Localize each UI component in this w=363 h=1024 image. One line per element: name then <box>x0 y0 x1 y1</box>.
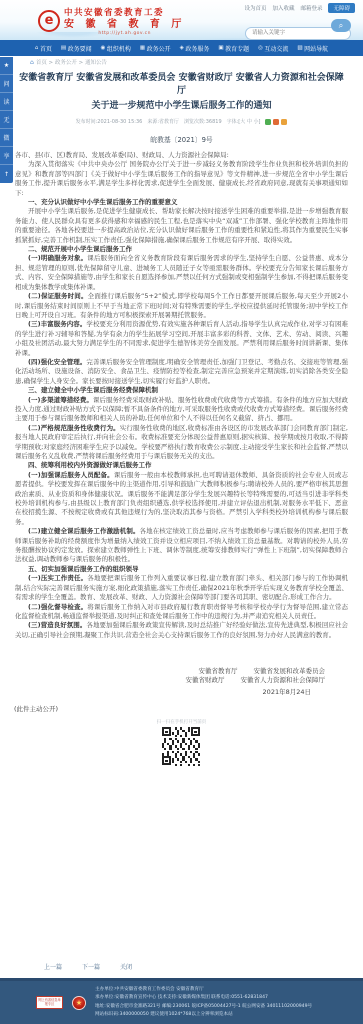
paragraph-text: 各市、县(市、区)教育局、发展改革委(局)、财政局、人力资源社会保障局: <box>15 151 229 159</box>
nav-item-label: 网站导航 <box>304 44 328 53</box>
doc-paragraph: 各市、县(市、区)教育局、发展改革委(局)、财政局、人力资源社会保障局: <box>15 151 348 160</box>
toolbar-item-icon[interactable]: 享 <box>0 147 13 165</box>
paragraph-lead: (三)丰富服务内容。 <box>28 320 86 328</box>
nav-item[interactable]: ◎ 互动交流 <box>258 44 288 53</box>
utility-link[interactable]: 设为首页 <box>244 4 266 12</box>
nav-item[interactable]: ◈ 政务服务 <box>180 44 210 53</box>
footer-line: 承办单位:安徽省教育宣传中心 技术支持:安徽新媒体集团 联系电话:0551-62… <box>95 994 312 1002</box>
nav-item[interactable]: ◉ 组织机构 <box>101 44 131 53</box>
signature-row: 安徽省教育厅 安徽省发展和改革委员会 <box>14 666 349 675</box>
paragraph-lead: (一)明确服务对象。 <box>28 254 87 262</box>
qr-section: 扫一扫在手机打开当前页 <box>14 719 349 767</box>
document-number: 皖教基〔2021〕9号 <box>14 134 349 144</box>
paragraph-text: 四、统筹利用校内外资源做好课后服务工作 <box>28 461 152 469</box>
doc-paragraph: (一)多渠道筹措经费。课后服务经费采取财政补贴、服务性收费或代收费等方式筹措。有… <box>15 396 348 424</box>
toolbar-item-icon[interactable]: 问 <box>0 75 13 93</box>
paragraph-text: 课后服务一般由本校教师承担,也可聘请退休教师、具备资质的社会专业人员或志愿者提供… <box>15 471 348 526</box>
paragraph-text: 为深入贯彻落实《中共中央办公厅 国务院办公厅关于进一步减轻义务教育阶段学生作业负… <box>15 160 348 196</box>
nav-item-icon: ◈ <box>180 45 184 51</box>
paragraph-lead: (二)严格规范服务性收费行为。 <box>28 424 120 432</box>
doc-paragraph: (四)强化安全管理。完善课后服务安全管理制度,明确安全管理责任,加强门卫登记、考… <box>15 358 348 386</box>
breadcrumb[interactable]: ⌂ 首页 > 政务公开 > 通知公告 <box>30 58 349 66</box>
signature-org: 安徽省发展和改革委员会 <box>254 666 326 675</box>
prev-next-link[interactable]: 上一篇 <box>44 962 62 971</box>
qr-code <box>162 727 202 767</box>
doc-paragraph: (一)加强课后服务人员配备。课后服务一般由本校教师承担,也可聘请退休教师、具备资… <box>15 471 348 527</box>
toolbar-item-icon[interactable]: 微 <box>0 129 13 147</box>
nav-item-icon: ▤ <box>61 45 66 51</box>
paragraph-text: 一、充分认识做好中小学生课后服务工作的重要意义 <box>28 198 178 206</box>
article-title-line1: 安徽省教育厅 安徽省发展和改革委员会 安徽省财政厅 安徽省人力资源和社会保障厅 <box>18 72 345 98</box>
search-icon[interactable]: ⌕ <box>331 19 351 32</box>
footer-info: 主办单位:中共安徽省委教育工作委员会 安徽省教育厅承办单位:安徽省教育宣传中心 … <box>95 986 312 1019</box>
nav-item-label: 政务要闻 <box>68 44 92 53</box>
paragraph-lead: (四)强化安全管理。 <box>28 358 86 366</box>
nav-item-label: 组织机构 <box>107 44 131 53</box>
nav-item[interactable]: ▤ 政务要闻 <box>61 44 92 53</box>
doc-paragraph: (一)压实工作责任。各地要把课后服务工作列入重要议事日程,建立教育部门牵头、相关… <box>15 574 348 602</box>
doc-paragraph: (二)强化督导检查。将课后服务工作纳入对市县政府履行教育职责督导考核和学校办学行… <box>15 603 348 622</box>
search-box: ⌕ <box>245 19 351 32</box>
meta-part: 来源:省教育厅 <box>147 118 179 125</box>
nav-item[interactable]: ▧ 网站导航 <box>297 44 328 53</box>
share-icon[interactable] <box>281 119 287 125</box>
utility-bar: 设为首页加入收藏邮箱登录 无障碍 <box>244 3 355 13</box>
paragraph-lead: (一)加强课后服务人员配备。 <box>28 471 114 479</box>
nav-item-icon: ⌂ <box>35 45 39 51</box>
toolbar-item-icon[interactable]: 读 <box>0 93 13 111</box>
doc-paragraph: (二)保证服务时间。全面推行课后服务“5+2”模式,即学校每周5个工作日都要开展… <box>15 292 348 320</box>
doc-paragraph: (二)严格规范服务性收费行为。实行服务性收费的地区,收费标准由各设区的市发展改革… <box>15 424 348 462</box>
accessibility-button[interactable]: 无障碍 <box>328 3 355 13</box>
paragraph-text: 三、建立健全中小学生课后服务经费保障机制 <box>28 386 158 394</box>
logo-emblem-icon: e <box>38 10 60 32</box>
signature-org: 安徽省教育厅 <box>199 666 238 675</box>
doc-paragraph: (二)建立健全课后服务工作激励机制。各地在核定绩效工资总量时,应当考虑教师参与课… <box>15 527 348 565</box>
paragraph-lead: (一)多渠道筹措经费。 <box>28 396 93 404</box>
doc-paragraph: 五、切实加强课后服务工作的组织领导 <box>15 565 348 574</box>
doc-paragraph: 开展中小学生课后服务,是促进学生健康成长、帮助家长解决按时接送学生困难的重要举措… <box>15 207 348 245</box>
paragraph-text: 五、切实加强课后服务工作的组织领导 <box>28 565 139 573</box>
article-container: ⌂ 首页 > 政务公开 > 通知公告 安徽省教育厅 安徽省发展和改革委员会 安徽… <box>14 56 349 767</box>
nav-item-label: 首页 <box>40 44 52 53</box>
paragraph-lead: (二)强化督导检查。 <box>28 603 87 611</box>
paragraph-lead: (二)保证服务时间。 <box>28 292 88 300</box>
share-icon[interactable] <box>273 119 279 125</box>
article-title-line2: 关于进一步规范中小学生课后服务工作的通知 <box>18 100 345 113</box>
logo-line2: 安 徽 省 教 育 厅 <box>64 19 185 31</box>
logo-line1: 中共安徽省委教育工委 <box>64 8 185 19</box>
meta-part: 字体:[大 中 小] <box>227 118 261 125</box>
toolbar-item-icon[interactable]: ↑ <box>0 165 13 183</box>
signature-block: 安徽省教育厅 安徽省发展和改革委员会 安徽省财政厅 安徽省人力资源和社会保障厅 <box>14 666 349 684</box>
nav-item-label: 政务公开 <box>147 44 171 53</box>
nav-item-icon: ◎ <box>258 45 263 51</box>
nav-item-label: 互动交流 <box>264 44 288 53</box>
main-nav: ⌂ 首页 ▤ 政务要闻 ◉ 组织机构 ▦ 政务公开 ◈ 政务服务 ▣ 教育专题 … <box>0 40 363 56</box>
footer-line: 地址:安徽省合肥市金寨路321号 邮编:230061 皖ICP备05004427… <box>95 1003 312 1011</box>
toolbar-item-icon[interactable]: ★ <box>0 57 13 75</box>
gov-emblem-badge[interactable]: ★ <box>72 996 86 1010</box>
logo-url: http://jyt.ah.gov.cn <box>64 31 185 36</box>
nav-item-icon: ▧ <box>297 45 302 51</box>
footer-line: 主办单位:中共安徽省委教育工作委员会 安徽省教育厅 <box>95 986 312 994</box>
doc-paragraph: 为深入贯彻落实《中共中央办公厅 国务院办公厅关于进一步减轻义务教育阶段学生作业负… <box>15 160 348 198</box>
prev-next-link[interactable]: 下一篇 <box>82 962 100 971</box>
nav-item-icon: ◉ <box>101 45 106 51</box>
footer-line: 网站标识码:3400000050 建议使用1024*768以上分辨率浏览本站 <box>95 1011 312 1019</box>
paragraph-lead: (二)建立健全课后服务工作激励机制。 <box>28 527 140 535</box>
utility-link[interactable]: 加入收藏 <box>272 4 294 12</box>
paragraph-text: 开展中小学生课后服务,是促进学生健康成长、帮助家长解决按时接送学生困难的重要举措… <box>15 207 348 243</box>
nav-item-icon: ▦ <box>140 45 145 51</box>
doc-paragraph: (三)丰富服务内容。学校要充分利用资源优势,有效实施各种课后育人活动,指导学生认… <box>15 320 348 358</box>
meta-part: 发布时间:2021-08-30 15:36 <box>76 118 143 125</box>
utility-link[interactable]: 邮箱登录 <box>300 4 322 12</box>
doc-paragraph: 四、统筹利用校内外资源做好课后服务工作 <box>15 461 348 470</box>
doc-paragraph: (三)营造良好氛围。各地要加强课后服务政策宣传解读,及时总结推广好经验好做法,宣… <box>15 621 348 640</box>
share-icon[interactable] <box>265 119 271 125</box>
signature-org: 安徽省人力资源和社会保障厅 <box>241 675 326 684</box>
meta-part: 浏览次数:36819 <box>184 118 222 125</box>
nav-item-label: 政务服务 <box>185 44 209 53</box>
qr-caption: 扫一扫在手机打开当前页 <box>14 719 349 725</box>
prev-next-link[interactable]: 关闭 <box>120 962 132 971</box>
nav-item-label: 教育专题 <box>225 44 249 53</box>
document-body: 各市、县(市、区)教育局、发展改革委(局)、财政局、人力资源社会保障局:为深入贯… <box>14 151 349 640</box>
signature-date: 2021年8月24日 <box>14 687 349 696</box>
signature-row: 安徽省财政厅 安徽省人力资源和社会保障厅 <box>14 675 349 684</box>
nav-item[interactable]: ▦ 政务公开 <box>140 44 171 53</box>
nav-item[interactable]: ⌂ 首页 <box>35 44 52 53</box>
left-float-toolbar: ★问读无微享↑ <box>0 57 13 183</box>
site-logo[interactable]: e 中共安徽省委教育工委 安 徽 省 教 育 厅 http://jyt.ah.g… <box>38 8 185 36</box>
home-icon: ⌂ <box>30 59 34 66</box>
prev-next-bar: 上一篇下一篇关闭 <box>44 962 132 971</box>
paragraph-lead: (一)压实工作责任。 <box>28 574 87 582</box>
breadcrumb-text: 首页 > 政务公开 > 通知公告 <box>36 58 107 66</box>
signature-org: 安徽省财政厅 <box>186 675 225 684</box>
site-header: 设为首页加入收藏邮箱登录 无障碍 e 中共安徽省委教育工委 安 徽 省 教 育 … <box>0 0 363 40</box>
paragraph-text: 二、规范开展中小学生课后服务工作 <box>28 245 132 253</box>
nav-item[interactable]: ▣ 教育专题 <box>218 44 249 53</box>
paragraph-lead: (三)营造良好氛围。 <box>28 621 86 629</box>
site-footer: 网上有害信息举报专区 ★ 主办单位:中共安徽省委教育工作委员会 安徽省教育厅承办… <box>0 978 363 1024</box>
doc-paragraph: 三、建立健全中小学生课后服务经费保障机制 <box>15 386 348 395</box>
toolbar-item-icon[interactable]: 无 <box>0 111 13 129</box>
doc-paragraph: (一)明确服务对象。课后服务面向全省义务教育阶段有课后服务需求的学生,坚持学生自… <box>15 254 348 292</box>
report-badge[interactable]: 网上有害信息举报专区 <box>36 996 63 1009</box>
article-meta: 发布时间:2021-08-30 15:36来源:省教育厅浏览次数:36819字体… <box>14 118 349 125</box>
nav-item-icon: ▣ <box>218 45 223 51</box>
publicity-note: (此件主动公开) <box>14 704 349 713</box>
